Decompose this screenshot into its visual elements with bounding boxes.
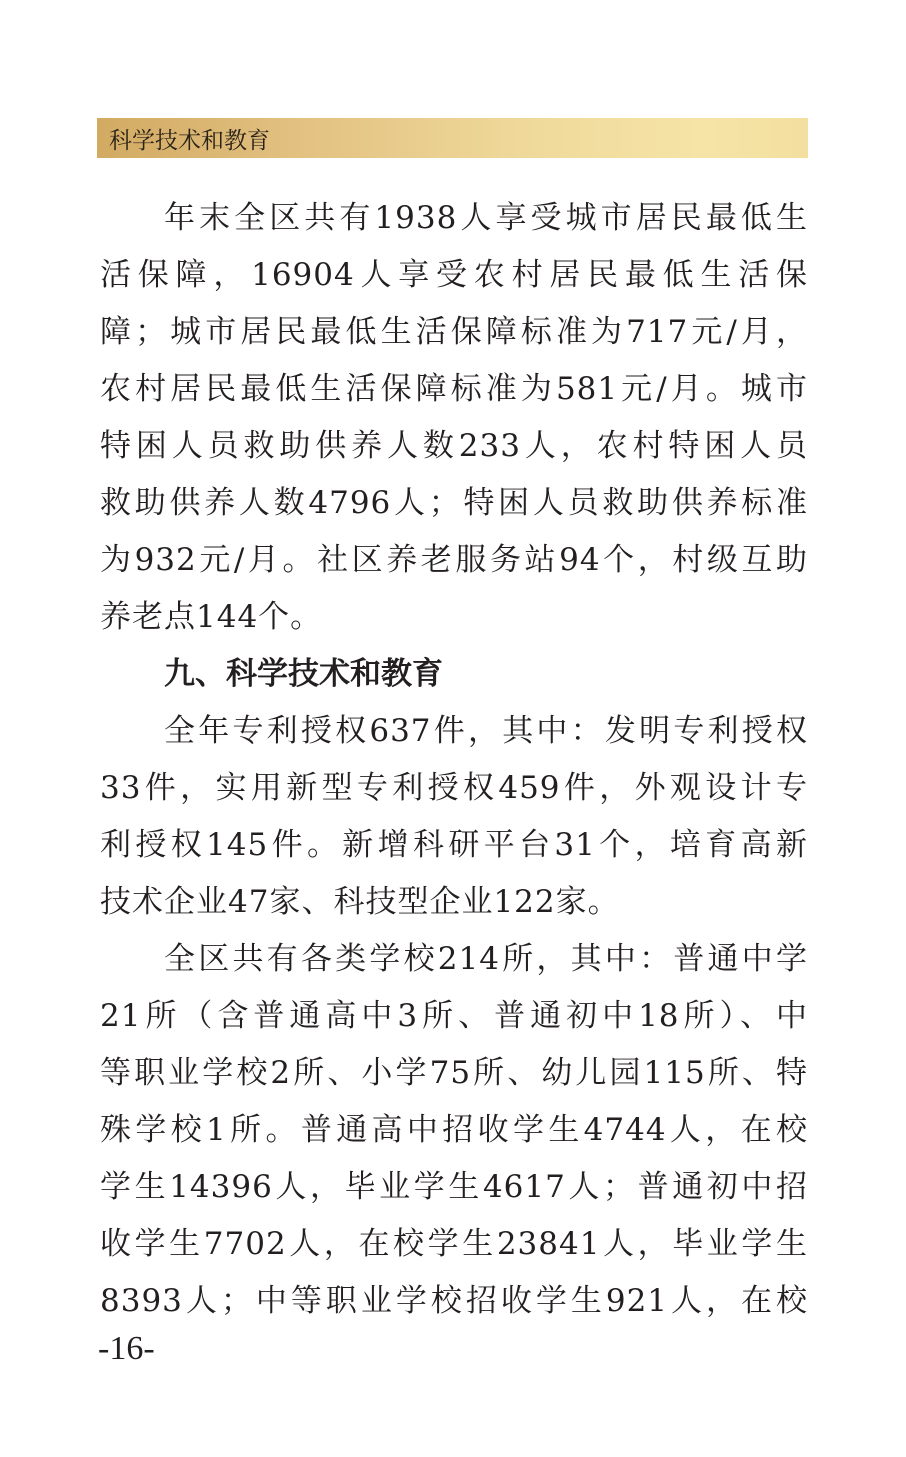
text-line: 活保障，16904人享受农村居民最低生活保 — [100, 247, 808, 304]
text-line: 收学生7702人，在校学生23841人，毕业学生 — [100, 1216, 808, 1273]
text-line: 技术企业47家、科技型企业122家。 — [100, 874, 808, 931]
section-banner: 科学技术和教育 — [97, 118, 808, 158]
page-number: -16- — [98, 1330, 155, 1368]
page-content: 年末全区共有1938人享受城市居民最低生 活保障，16904人享受农村居民最低生… — [100, 190, 808, 1330]
text-line: 全区共有各类学校214所，其中：普通中学 — [100, 931, 808, 988]
text-line: 8393人；中等职业学校招收学生921人，在校 — [100, 1273, 808, 1330]
text-line: 全年专利授权637件，其中：发明专利授权 — [100, 703, 808, 760]
text-line: 殊学校1所。普通高中招收学生4744人，在校 — [100, 1102, 808, 1159]
paragraph-schools: 全区共有各类学校214所，其中：普通中学 21所（含普通高中3所、普通初中18所… — [100, 931, 808, 1330]
text-line: 33件，实用新型专利授权459件，外观设计专 — [100, 760, 808, 817]
paragraph-social-security: 年末全区共有1938人享受城市居民最低生 活保障，16904人享受农村居民最低生… — [100, 190, 808, 646]
text-line: 21所（含普通高中3所、普通初中18所）、中 — [100, 988, 808, 1045]
text-line: 为932元/月。社区养老服务站94个，村级互助 — [100, 532, 808, 589]
text-line: 利授权145件。新增科研平台31个，培育高新 — [100, 817, 808, 874]
text-line: 障；城市居民最低生活保障标准为717元/月， — [100, 304, 808, 361]
banner-title: 科学技术和教育 — [109, 122, 270, 155]
text-line: 年末全区共有1938人享受城市居民最低生 — [100, 190, 808, 247]
text-line: 学生14396人，毕业学生4617人；普通初中招 — [100, 1159, 808, 1216]
text-line: 特困人员救助供养人数233人，农村特困人员 — [100, 418, 808, 475]
text-line: 养老点144个。 — [100, 589, 808, 646]
section-heading: 九、科学技术和教育 — [100, 646, 808, 703]
text-line: 等职业学校2所、小学75所、幼儿园115所、特 — [100, 1045, 808, 1102]
paragraph-patents: 全年专利授权637件，其中：发明专利授权 33件，实用新型专利授权459件，外观… — [100, 703, 808, 931]
text-line: 农村居民最低生活保障标准为581元/月。城市 — [100, 361, 808, 418]
text-line: 救助供养人数4796人；特困人员救助供养标准 — [100, 475, 808, 532]
